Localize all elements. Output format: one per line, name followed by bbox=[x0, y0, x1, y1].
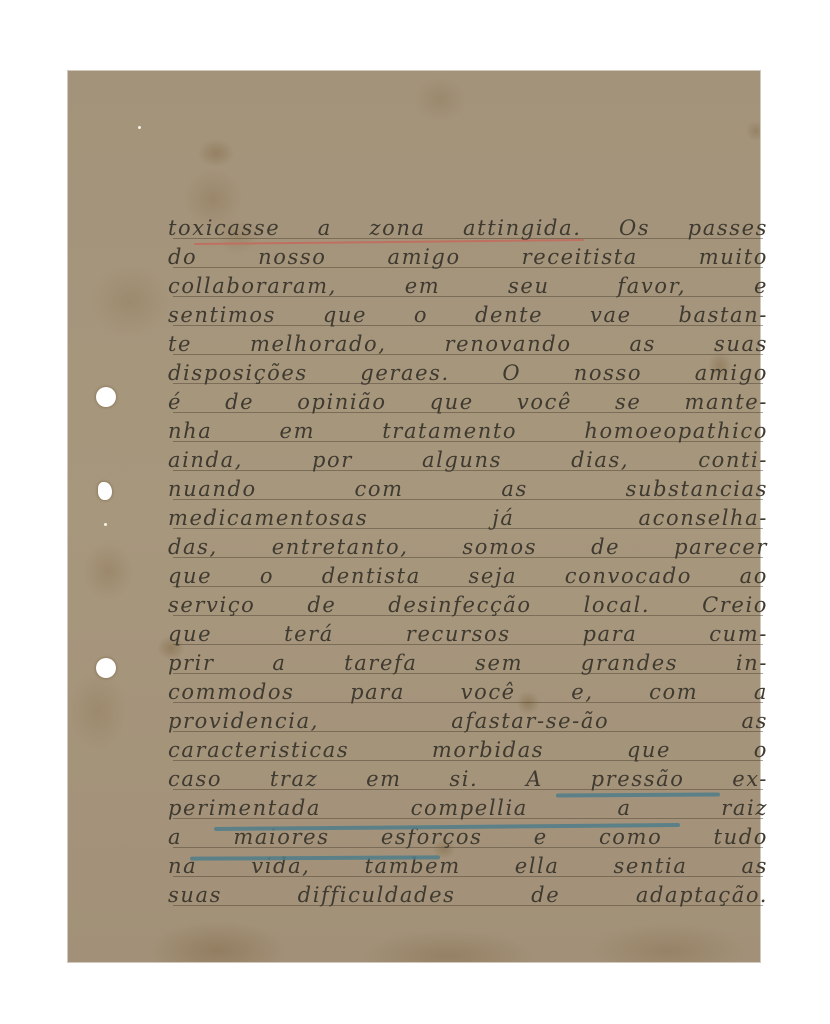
text-line: toxicasse a zona attingida. Os passes bbox=[168, 214, 768, 242]
text-line: te melhorado, renovando as suas bbox=[168, 330, 768, 358]
letter-page: toxicasse a zona attingida. Os passes do… bbox=[68, 71, 760, 962]
text-line: do nosso amigo receitista muito bbox=[168, 243, 768, 271]
text-line: sentimos que o dente vae bastan- bbox=[168, 301, 768, 329]
text-line: ainda, por alguns dias, conti- bbox=[168, 446, 768, 474]
text-line: das, entretanto, somos de parecer bbox=[168, 533, 768, 561]
text-line: que terá recursos para cum- bbox=[168, 620, 768, 648]
text-line: serviço de desinfecção local. Creio bbox=[168, 591, 768, 619]
text-line: collaboraram, em seu favor, e bbox=[168, 272, 768, 300]
text-line: prir a tarefa sem grandes in- bbox=[168, 649, 768, 677]
punch-hole-top bbox=[96, 387, 116, 407]
text-line: disposições geraes. O nosso amigo bbox=[168, 359, 768, 387]
torn-punch-hole bbox=[98, 482, 112, 500]
text-line: perimentada compellia a raiz bbox=[168, 794, 768, 822]
text-line: commodos para você e, com a bbox=[168, 678, 768, 706]
paper-speck bbox=[138, 126, 141, 129]
punch-hole-bottom bbox=[96, 658, 116, 678]
text-line: providencia, afastar-se-ão as bbox=[168, 707, 768, 735]
text-line: nha em tratamento homoeopathico bbox=[168, 417, 768, 445]
text-line: suas difficuldades de adaptação. bbox=[168, 881, 768, 909]
text-line: nuando com as substancias bbox=[168, 475, 768, 503]
text-line: é de opinião que você se mante- bbox=[168, 388, 768, 416]
text-line: caso traz em si. A pressão ex- bbox=[168, 765, 768, 793]
text-line: caracteristicas morbidas que o bbox=[168, 736, 768, 764]
text-line: que o dentista seja convocado ao bbox=[168, 562, 768, 590]
text-line: medicamentosas já aconselha- bbox=[168, 504, 768, 532]
paper-speck bbox=[104, 523, 107, 526]
